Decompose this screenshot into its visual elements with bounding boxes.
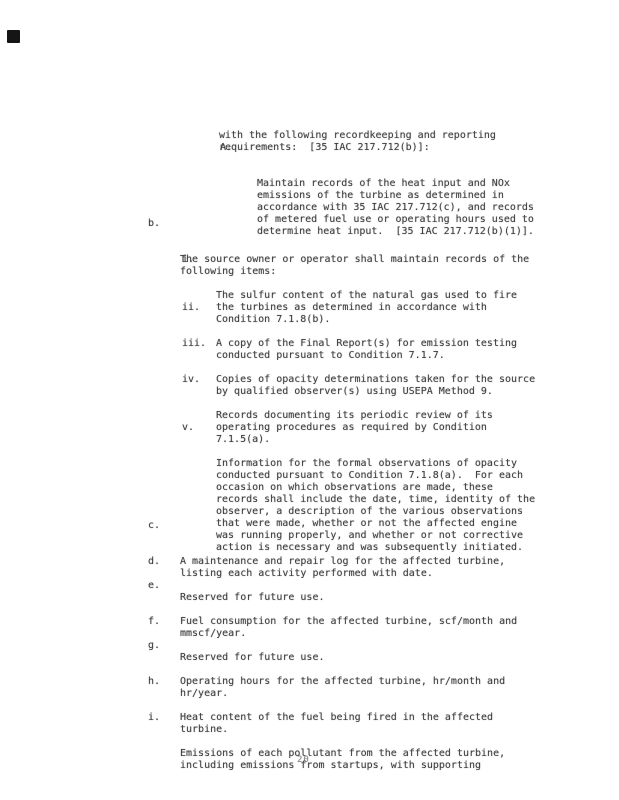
item-g-label: g. xyxy=(148,640,160,652)
subitem-iv-label: iv. xyxy=(182,374,200,386)
item-b-label: b. xyxy=(148,218,160,230)
subitem-ii-label: ii. xyxy=(182,302,200,314)
item-i: i. Emissions of each pollutant from the … xyxy=(148,712,505,796)
item-f-label: f. xyxy=(148,616,160,628)
page-number: 20 xyxy=(297,754,310,766)
item-d-label: d. xyxy=(148,556,160,568)
scanned-document-page: with the following recordkeeping and rep… xyxy=(0,0,619,800)
item-h-label: h. xyxy=(148,676,160,688)
item-i-label: i. xyxy=(148,712,160,724)
subitem-iii-label: iii. xyxy=(182,338,206,350)
clause-a-label: A. xyxy=(220,142,232,154)
item-e-label: e. xyxy=(148,580,160,592)
item-c-label: c. xyxy=(148,520,160,532)
item-i-text: Emissions of each pollutant from the aff… xyxy=(180,748,505,772)
subitem-i-label: i. xyxy=(182,254,194,266)
scan-artifact-mark xyxy=(7,30,20,43)
subitem-v-label: v. xyxy=(182,422,194,434)
